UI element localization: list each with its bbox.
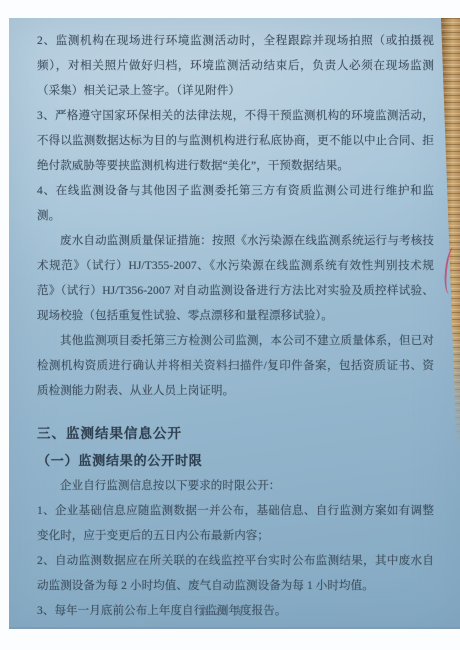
paragraph-wastewater-qa: 废水自动监测质量保证措施：按照《水污染源在线监测系统运行与考核技术规范》（试行）… bbox=[37, 229, 434, 329]
page-content: 2、监测机构在现场进行环境监测活动时，全程跟踪并现场拍照（或拍摄视频），对相关照… bbox=[37, 29, 434, 624]
document-page: 2、监测机构在现场进行环境监测活动时，全程跟踪并现场拍照（或拍摄视频），对相关照… bbox=[9, 18, 460, 629]
section-heading: 三、监测结果信息公开 bbox=[37, 420, 434, 447]
list-item-2: 2、自动监测数据应在所关联的在线监控平台实时公布监测结果，其中废水自动监测设备为… bbox=[37, 549, 434, 599]
paragraph-item-2: 2、监测机构在现场进行环境监测活动时，全程跟踪并现场拍照（或拍摄视频），对相关照… bbox=[37, 29, 434, 104]
paragraph-other-monitoring: 其他监测项目委托第三方检测公司监测，本公司不建立质量体系，但已对检测机构资质进行… bbox=[37, 329, 434, 404]
paragraph-disclosure-intro: 企业自行监测信息按以下要求的时限公开： bbox=[37, 474, 434, 499]
paragraph-item-4: 4、在线监测设备与其他因子监测委托第三方有资质监测公司进行维护和监测。 bbox=[37, 179, 434, 229]
paragraph-item-3: 3、严格遵守国家环保相关的法律法规，不得干预监测机构的环境监测活动，不得以监测数… bbox=[37, 104, 434, 179]
subsection-heading: （一）监测结果的公开时限 bbox=[37, 447, 434, 474]
page-number: 第 20 页 bbox=[9, 604, 434, 618]
list-item-1: 1、企业基础信息应随监测数据一并公布，基础信息、自行监测方案如有调整变化时，应于… bbox=[37, 499, 434, 549]
